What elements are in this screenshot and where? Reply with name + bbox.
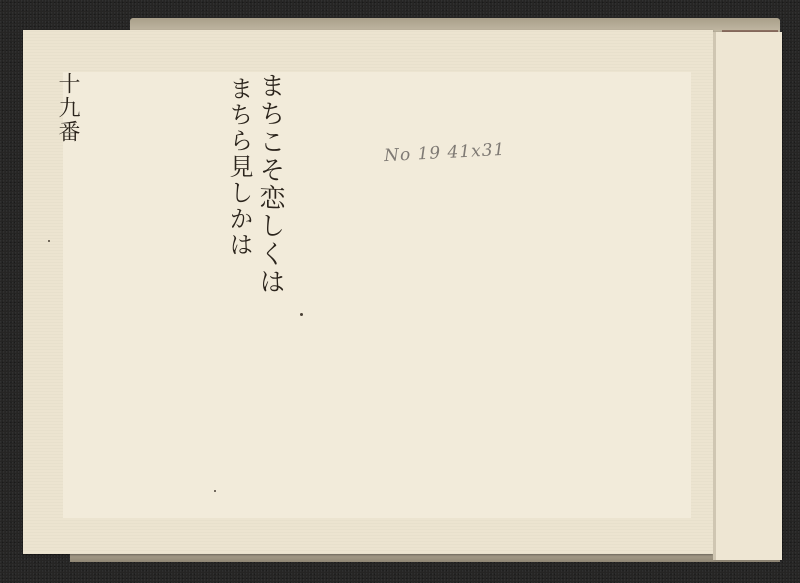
folded-flap	[713, 32, 782, 560]
ink-speck	[214, 490, 216, 492]
ink-speck	[48, 240, 50, 242]
calligraphy-column-right: まちこそ恋しくは	[252, 71, 289, 297]
ink-speck	[300, 313, 303, 316]
calligraphy-side-number: 十九番	[52, 72, 83, 144]
calligraphy-column-left: まちら見しかは	[222, 76, 257, 258]
inner-mount-panel	[63, 72, 691, 518]
paper-sheet	[23, 30, 713, 554]
